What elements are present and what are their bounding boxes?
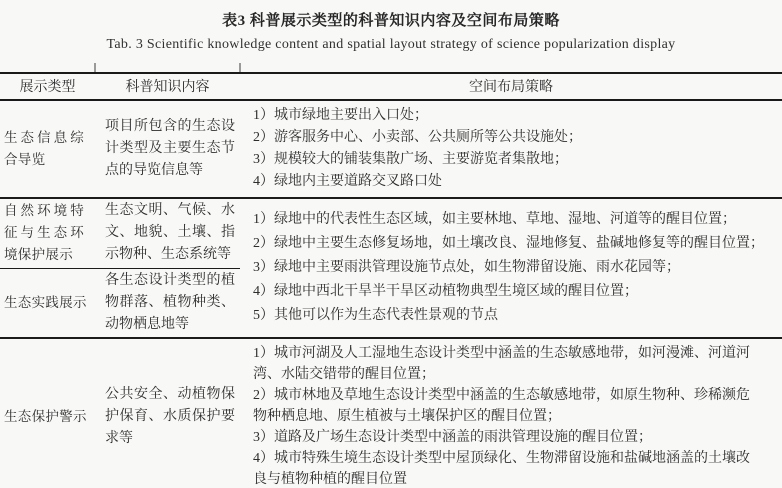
strategy-item: 3）绿地中主要雨洪管理设施节点处，如生物滞留设施、雨水花园等； (253, 256, 776, 280)
cell-knowledge-content: 项目所包含的生态设计类型及主要生态节点的导览信息等 (95, 100, 240, 198)
header-row: 展示类型 科普知识内容 空间布局策略 (0, 73, 782, 100)
cell-strategy: 1）城市河湖及人工湿地生态设计类型中涵盖的生态敏感地带，如河漫滩、河道河湾、水陆… (240, 338, 782, 488)
table-row: 生态保护警示 公共安全、动植物保护保育、水质保护要求等 1）城市河湖及人工湿地生… (0, 338, 782, 488)
document-page: 表3 科普展示类型的科普知识内容及空间布局策略 Tab. 3 Scientifi… (0, 0, 782, 488)
display-type-label: 生态实践展示 (4, 292, 90, 314)
strategy-item: 3）道路及广场生态设计类型中涵盖的雨洪管理设施的醒目位置； (253, 427, 750, 448)
knowledge-content-text: 项目所包含的生态设计类型及主要生态节点的导览信息等 (105, 116, 235, 182)
strategy-item: 5）其他可以作为生态代表性景观的节点 (253, 304, 776, 328)
strategy-item: 1）城市绿地主要出入口处； (253, 105, 776, 127)
display-type-label: 生态保护警示 (4, 406, 90, 428)
table-title-zh: 表3 科普展示类型的科普知识内容及空间布局策略 (0, 0, 782, 31)
knowledge-content-text: 各生态设计类型的植物群落、植物种类、动物栖息地等 (105, 270, 235, 336)
strategy-item: 2）游客服务中心、小卖部、公共厕所等公共设施处； (253, 127, 776, 149)
column-divider-tick (94, 63, 96, 72)
strategy-item: 4）城市特殊生境生态设计类型中屋顶绿化、生物滞留设施和盐碱地涵盖的土壤改良与植物… (253, 448, 750, 488)
table-row: 自然环境特征与生态环境保护展示 生态文明、气候、水文、地貌、土壤、指示物种、生态… (0, 198, 782, 268)
display-type-label: 自然环境特征与生态环境保护展示 (4, 200, 84, 266)
cell-strategy-shared: 1）绿地中的代表性生态区域，如主要林地、草地、湿地、河道等的醒目位置； 2）绿地… (240, 198, 782, 338)
table-row: 生态信息综合导览 项目所包含的生态设计类型及主要生态节点的导览信息等 1）城市绿… (0, 100, 782, 198)
column-header-knowledge-content: 科普知识内容 (95, 73, 240, 100)
cell-display-type: 生态信息综合导览 (0, 100, 95, 198)
cell-display-type: 自然环境特征与生态环境保护展示 (0, 198, 95, 268)
cell-knowledge-content: 生态文明、气候、水文、地貌、土壤、指示物种、生态系统等 (95, 198, 240, 268)
column-header-display-type: 展示类型 (0, 73, 95, 100)
column-divider-tick (239, 63, 241, 72)
column-header-spatial-strategy: 空间布局策略 (240, 73, 782, 100)
table-title-en: Tab. 3 Scientific knowledge content and … (0, 35, 782, 54)
knowledge-content-text: 公共安全、动植物保护保育、水质保护要求等 (105, 384, 235, 450)
strategy-item: 1）城市河湖及人工湿地生态设计类型中涵盖的生态敏感地带，如河漫滩、河道河湾、水陆… (253, 343, 750, 385)
cell-strategy: 1）城市绿地主要出入口处； 2）游客服务中心、小卖部、公共厕所等公共设施处； 3… (240, 100, 782, 198)
knowledge-content-text: 生态文明、气候、水文、地貌、土壤、指示物种、生态系统等 (105, 200, 235, 266)
strategy-item: 3）规模较大的铺装集散广场、主要游览者集散地； (253, 149, 776, 171)
strategy-item: 2）城市林地及草地生态设计类型中涵盖的生态敏感地带，如原生物种、珍稀濒危物种栖息… (253, 385, 750, 427)
strategy-item: 4）绿地内主要道路交叉路口处 (253, 171, 776, 193)
strategy-item: 1）绿地中的代表性生态区域，如主要林地、草地、湿地、河道等的醒目位置； (253, 208, 776, 232)
cell-knowledge-content: 公共安全、动植物保护保育、水质保护要求等 (95, 338, 240, 488)
science-display-table: 展示类型 科普知识内容 空间布局策略 生态信息综合导览 项目所包含的生态设计类型… (0, 72, 782, 488)
display-type-label: 生态信息综合导览 (4, 127, 84, 171)
strategy-item: 2）绿地中主要生态修复场地，如土壤改良、湿地修复、盐碱地修复等的醒目位置； (253, 232, 776, 256)
cell-display-type: 生态保护警示 (0, 338, 95, 488)
cell-knowledge-content: 各生态设计类型的植物群落、植物种类、动物栖息地等 (95, 268, 240, 338)
cell-display-type: 生态实践展示 (0, 268, 95, 338)
strategy-item: 4）绿地中西北干旱半干旱区动植物典型生境区域的醒目位置； (253, 280, 776, 304)
